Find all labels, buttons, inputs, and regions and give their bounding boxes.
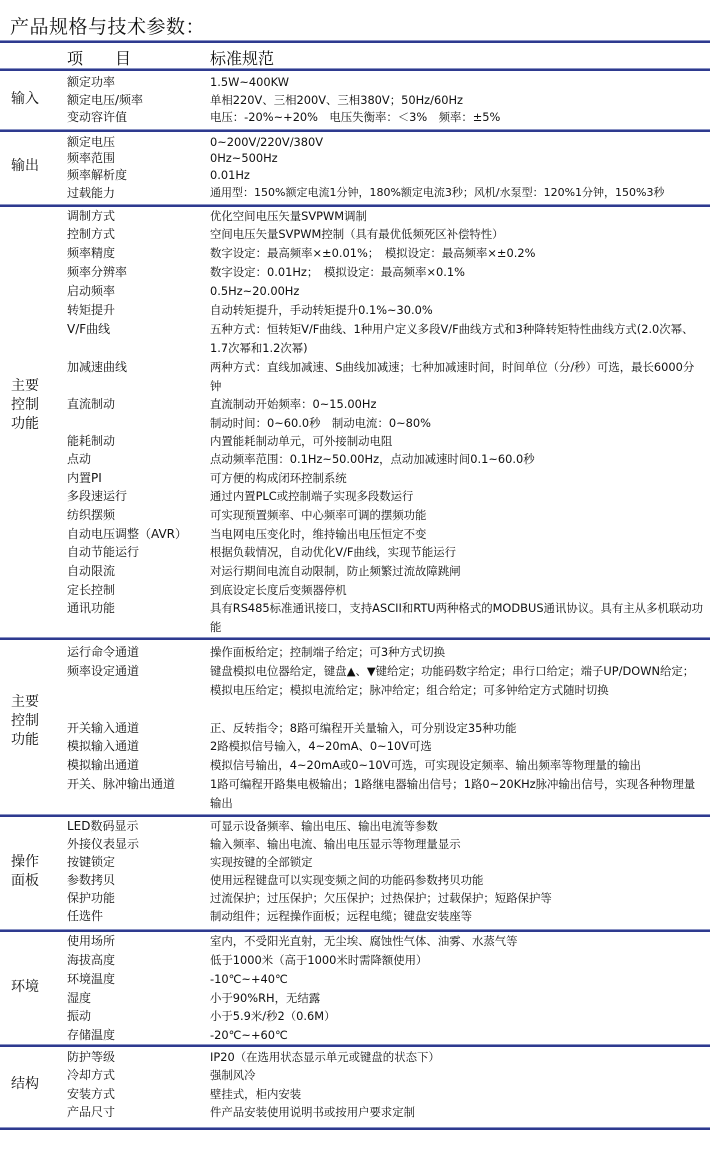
spec-value: 数字设定：0.01Hz； 模拟设定：最高频率×0.1%: [210, 263, 705, 282]
spec-key: 使用场所: [67, 932, 115, 951]
spec-value: 0Hz~500Hz: [210, 149, 705, 168]
page-title: 产品规格与技术参数：: [10, 12, 205, 39]
spec-value: 单相220V、三相200V、三相380V；50Hz/60Hz: [210, 91, 705, 110]
spec-key: 冷却方式: [67, 1066, 115, 1085]
spec-value: 可实现预置频率、中心频率可调的摆频功能: [210, 506, 705, 525]
section-label-input: 输入: [11, 90, 39, 109]
spec-value: 内置能耗制动单元，可外接制动电阻: [210, 432, 705, 451]
spec-value: 操作面板给定；控制端子给定；可3种方式切换: [210, 643, 705, 662]
spec-key: LED数码显示: [67, 817, 139, 836]
spec-value: 点动频率范围：0.1Hz~50.00Hz，点动加减速时间0.1~60.0秒: [210, 450, 705, 469]
spec-value: 直流制动开始频率：0~15.00Hz: [210, 395, 705, 414]
section-rule: [0, 129, 710, 132]
spec-key: 能耗制动: [67, 432, 115, 451]
section-label-structure: 结构: [11, 1075, 39, 1094]
spec-value: 可方便的构成闭环控制系统: [210, 469, 705, 488]
spec-key: 多段速运行: [67, 487, 127, 506]
section-label-environment: 环境: [11, 978, 39, 997]
spec-value: 过流保护；过压保护；欠压保护；过热保护；过载保护；短路保护等: [210, 889, 705, 908]
spec-key: 频率设定通道: [67, 662, 139, 681]
spec-value: 强制风冷: [210, 1066, 705, 1085]
spec-key: V/F曲线: [67, 320, 110, 339]
spec-key: 直流制动: [67, 395, 115, 414]
spec-key: 转矩提升: [67, 301, 115, 320]
spec-value: 室内，不受阳光直射，无尘埃、腐蚀性气体、油雾、水蒸气等: [210, 932, 705, 951]
spec-value: -10℃~+40℃: [210, 970, 705, 989]
spec-value: 根据负载情况，自动优化V/F曲线，实现节能运行: [210, 543, 705, 562]
spec-value: -20℃~+60℃: [210, 1026, 705, 1045]
spec-value: 壁挂式，柜内安装: [210, 1085, 705, 1104]
section-label-output: 输出: [11, 157, 39, 176]
spec-key: 任选件: [67, 907, 103, 926]
spec-value: 实现按键的全部锁定: [210, 853, 705, 872]
section-label-panel: 操作 面板: [11, 853, 39, 891]
header-bottom-rule: [0, 68, 710, 71]
spec-key: 参数拷贝: [67, 871, 115, 890]
spec-value: 低于1000米（高于1000米时需降额使用）: [210, 951, 705, 970]
spec-key: 按键锁定: [67, 853, 115, 872]
spec-key: 产品尺寸: [67, 1103, 115, 1122]
spec-value: 可显示设备频率、输出电压、输出电流等参数: [210, 817, 705, 836]
spec-key: 额定电压/频率: [67, 91, 143, 110]
spec-value: 模拟信号输出，4~20mA或0~10V可选，可实现设定频率、输出频率等物理量的输…: [210, 756, 705, 775]
spec-key: 振动: [67, 1007, 91, 1026]
spec-key: 频率范围: [67, 149, 115, 168]
spec-key: 控制方式: [67, 225, 115, 244]
spec-value: 键盘模拟电位器给定，键盘▲、▼键给定；功能码数字给定；串行口给定；端子UP/DO…: [210, 662, 705, 699]
spec-value: IP20（在选用状态显示单元或键盘的状态下）: [210, 1048, 705, 1067]
spec-value: 1.5W~400KW: [210, 73, 705, 92]
spec-key: 频率精度: [67, 244, 115, 263]
spec-value: 具有RS485标准通讯接口，支持ASCII和RTU两种格式的MODBUS通讯协议…: [210, 599, 705, 636]
spec-key: 过载能力: [67, 184, 115, 203]
spec-value: 制动时间：0~60.0秒 制动电流：0~80%: [210, 414, 705, 433]
spec-value: 当电网电压变化时，维持输出电压恒定不变: [210, 525, 705, 544]
spec-key: 开关输入通道: [67, 719, 139, 738]
header-top-rule: [0, 40, 710, 43]
spec-value: 使用远程键盘可以实现变频之间的功能码参数拷贝功能: [210, 871, 705, 890]
spec-value: 件产品安装使用说明书或按用户要求定制: [210, 1103, 705, 1122]
spec-value: 输入频率、输出电流、输出电压显示等物理量显示: [210, 835, 705, 854]
spec-key: 额定功率: [67, 73, 115, 92]
spec-value: 1路可编程开路集电极输出；1路继电器输出信号；1路0~20KHz脉冲输出信号，实…: [210, 775, 705, 812]
spec-key: 自动限流: [67, 562, 115, 581]
spec-value: 小于90%RH，无结露: [210, 989, 705, 1008]
header-item: 项 目: [67, 46, 131, 69]
spec-key: 环境温度: [67, 970, 115, 989]
spec-key: 保护功能: [67, 889, 115, 908]
spec-value: 小于5.9米/秒2（0.6M）: [210, 1007, 705, 1026]
spec-key: 存储温度: [67, 1026, 115, 1045]
spec-key: 内置PI: [67, 469, 102, 488]
spec-key: 外接仪表显示: [67, 835, 139, 854]
spec-key: 安装方式: [67, 1085, 115, 1104]
spec-key: 湿度: [67, 989, 91, 1008]
spec-value: 电压：-20%~+20% 电压失衡率：＜3% 频率：±5%: [210, 108, 705, 127]
spec-value: 到底设定长度后变频器停机: [210, 581, 705, 600]
spec-key: 运行命令通道: [67, 643, 139, 662]
spec-key: 变动容许值: [67, 108, 127, 127]
spec-value: 对运行期间电流自动限制，防止频繁过流故障跳闸: [210, 562, 705, 581]
spec-value: 数字设定：最高频率×±0.01%； 模拟设定：最高频率×±0.2%: [210, 244, 705, 263]
spec-key: 自动电压调整（AVR）: [67, 525, 187, 544]
spec-value: 五种方式：恒转矩V/F曲线、1种用户定义多段V/F曲线方式和3种降转矩特性曲线方…: [210, 320, 705, 357]
spec-key: 频率解析度: [67, 166, 127, 185]
table-bottom-rule: [0, 1127, 710, 1130]
spec-key: 频率分辨率: [67, 263, 127, 282]
spec-key: 纺织摆频: [67, 506, 115, 525]
section-rule: [0, 1044, 710, 1047]
spec-value: 2路模拟信号输入，4~20mA、0~10V可选: [210, 737, 705, 756]
spec-value: 自动转矩提升，手动转矩提升0.1%~30.0%: [210, 301, 705, 320]
section-rule: [0, 637, 710, 640]
spec-key: 开关、脉冲输出通道: [67, 775, 175, 794]
spec-value: 正、反转指令；8路可编程开关量输入，可分别设定35种功能: [210, 719, 705, 738]
spec-key: 模拟输出通道: [67, 756, 139, 775]
spec-key: 模拟输入通道: [67, 737, 139, 756]
spec-key: 自动节能运行: [67, 543, 139, 562]
spec-value: 空间电压矢量SVPWM控制（具有最优低频死区补偿特性）: [210, 225, 705, 244]
spec-value: 0.01Hz: [210, 166, 705, 185]
section-label-main-control: 主要 控制 功能: [11, 377, 39, 434]
spec-key: 防护等级: [67, 1048, 115, 1067]
spec-key: 调制方式: [67, 207, 115, 226]
spec-value: 两种方式：直线加减速、S曲线加减速；七种加减速时间，时间单位（分/秒）可选，最长…: [210, 358, 705, 395]
spec-key: 点动: [67, 450, 91, 469]
spec-value: 0.5Hz~20.00Hz: [210, 282, 705, 301]
spec-key: 海拔高度: [67, 951, 115, 970]
spec-key: 通讯功能: [67, 599, 115, 618]
spec-value: 优化空间电压矢量SVPWM调制: [210, 207, 705, 226]
spec-key: 定长控制: [67, 581, 115, 600]
spec-value: 通用型：150%额定电流1分钟，180%额定电流3秒；风机/水泵型：120%1分…: [210, 184, 710, 203]
spec-key: 加减速曲线: [67, 358, 127, 377]
section-label-main-control-2: 主要 控制 功能: [11, 693, 39, 750]
header-spec: 标准规范: [210, 46, 274, 69]
spec-value: 通过内置PLC或控制端子实现多段数运行: [210, 487, 705, 506]
spec-key: 启动频率: [67, 282, 115, 301]
spec-value: 制动组件；远程操作面板；远程电缆；键盘安装座等: [210, 907, 705, 926]
